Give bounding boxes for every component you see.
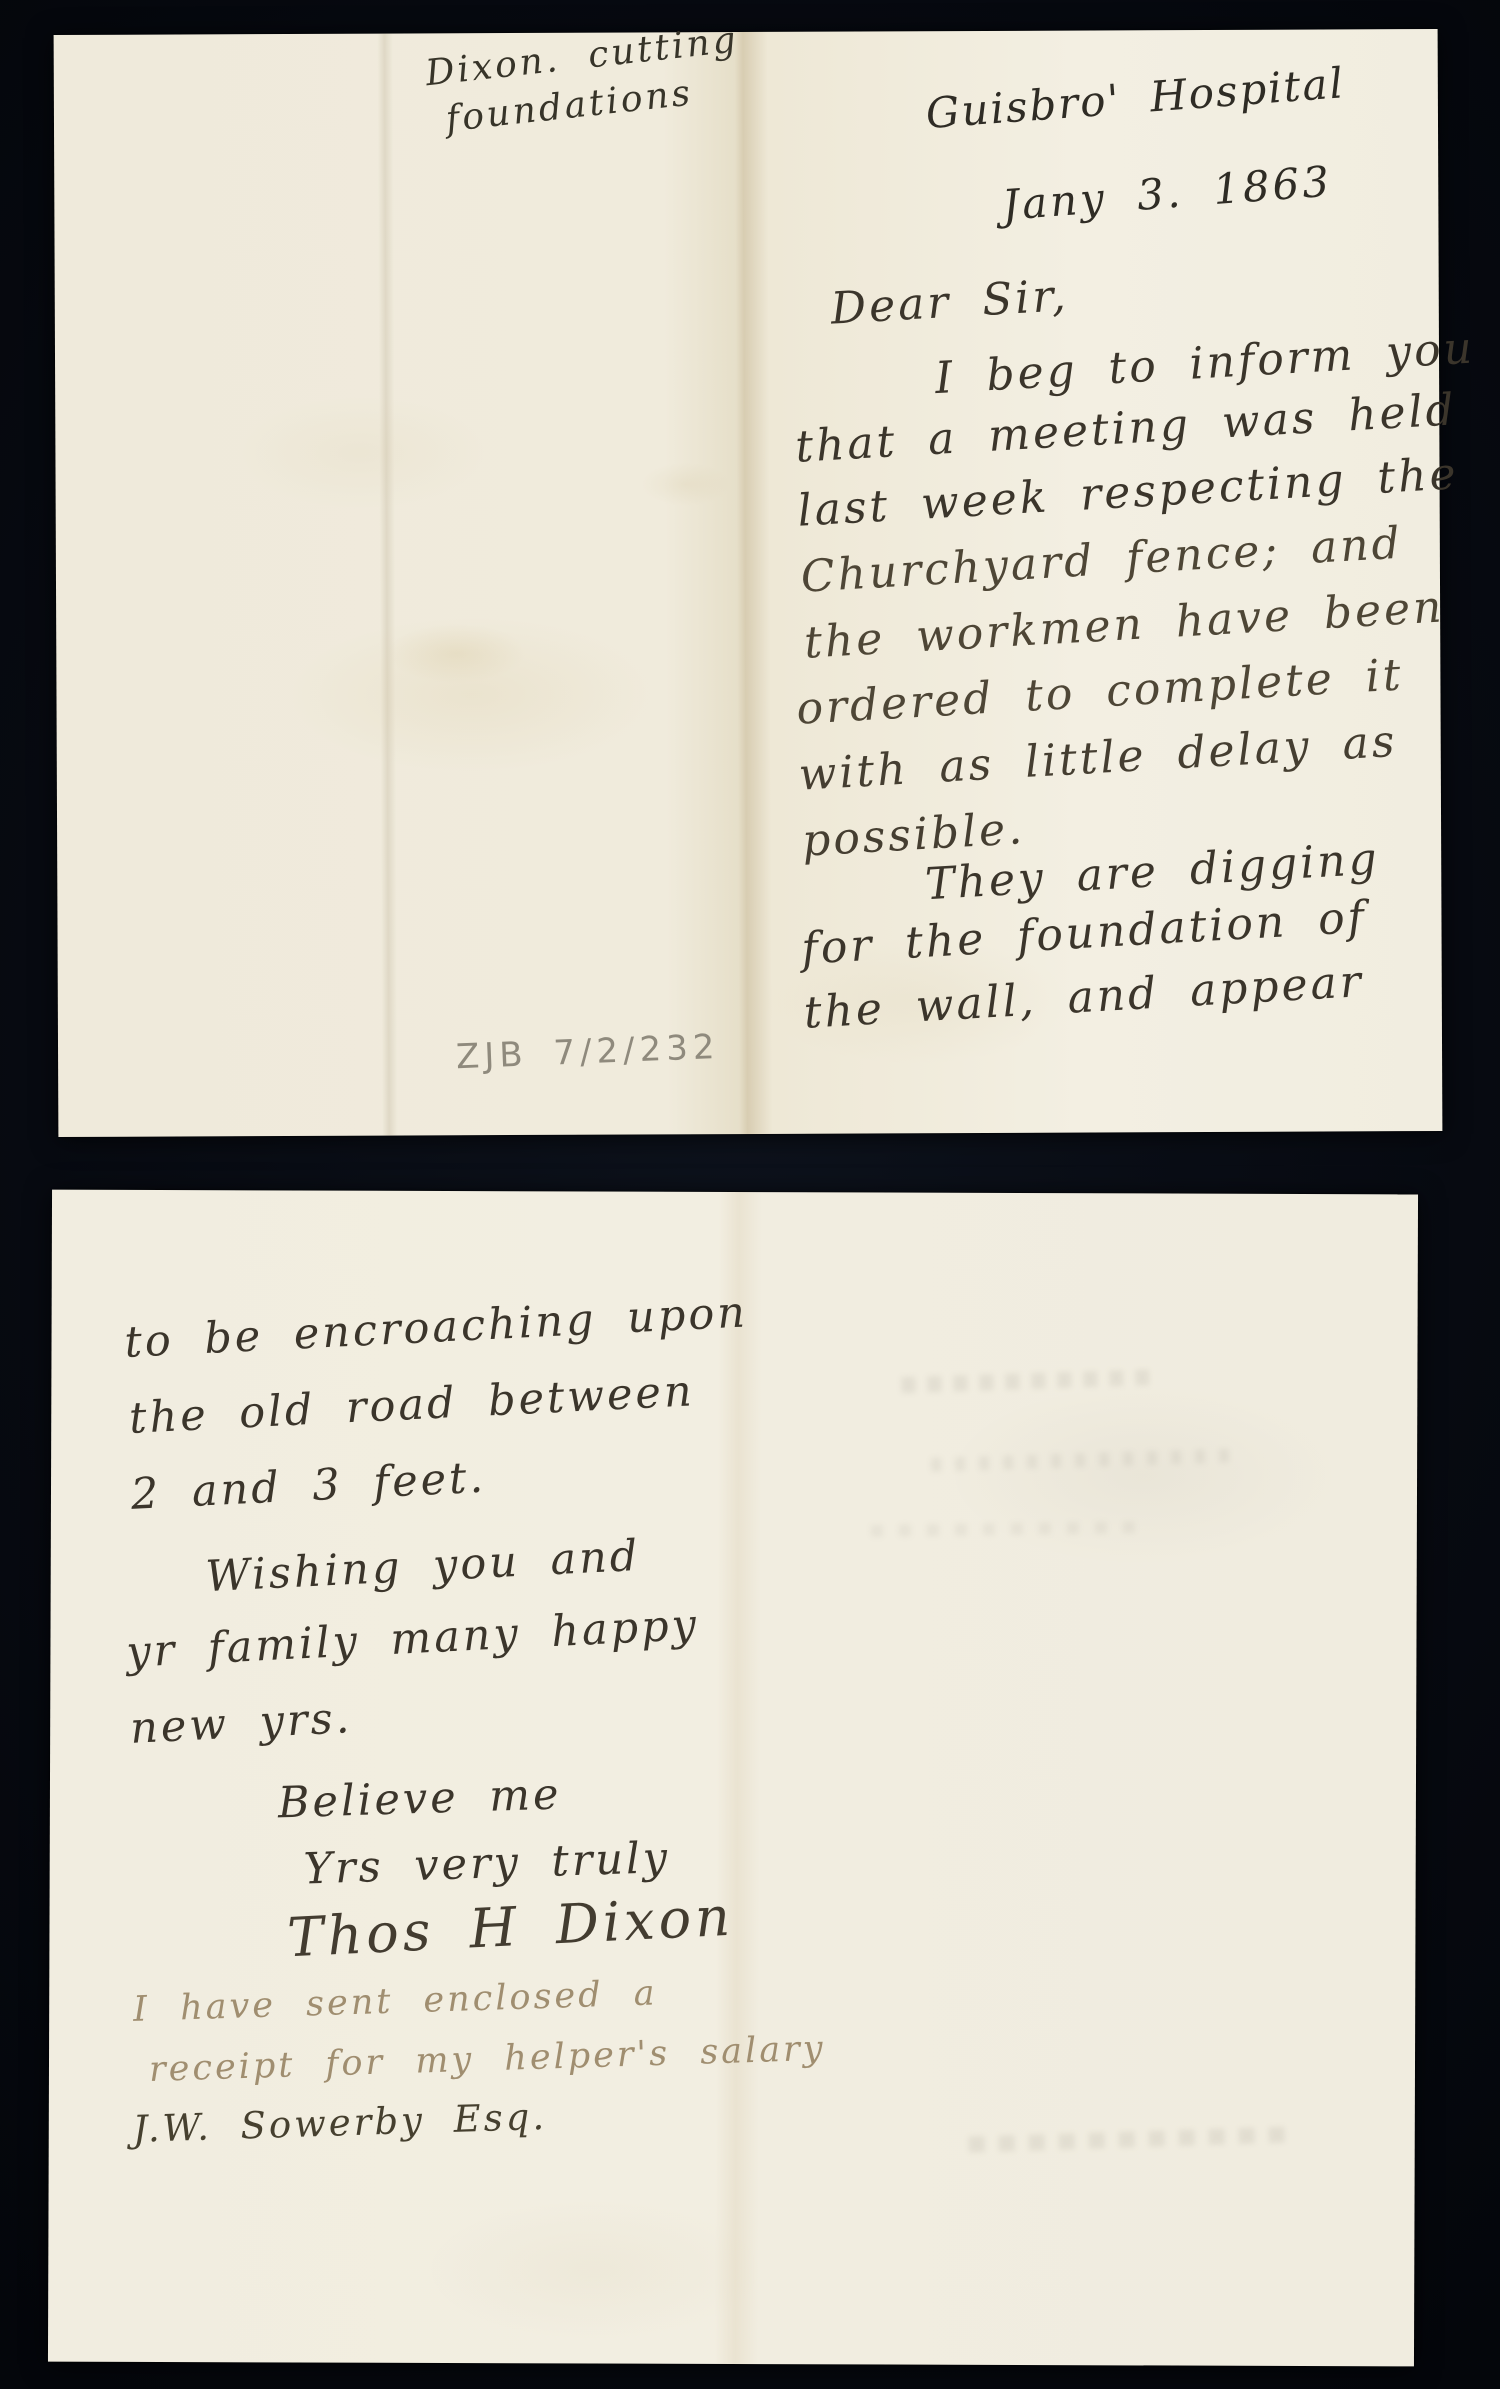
letterhead-place: Guisbro' Hospital — [924, 58, 1346, 138]
closing-line: Believe me — [277, 1770, 562, 1829]
body-line: to be encroaching upon — [123, 1287, 749, 1367]
body-line: the old road between — [128, 1366, 696, 1444]
paper-stain — [386, 623, 526, 684]
ink-showthrough — [871, 1521, 1151, 1537]
addressee-line: J.W. Sowerby Esq. — [132, 2095, 548, 2151]
body-line: Wishing you and — [204, 1531, 641, 1602]
postscript-line: I have sent enclosed a — [133, 1973, 659, 2029]
archive-reference: ZJB 7/2/232 — [455, 1027, 720, 1077]
archivist-annotation-line: Dixon. cutting — [424, 19, 741, 94]
body-line: new yrs. — [129, 1693, 353, 1754]
scan-background: Dixon. cutting foundations Guisbro' Hosp… — [0, 0, 1500, 2389]
closing-line: Yrs very truly — [303, 1833, 671, 1894]
body-line: yr family many happy — [125, 1600, 700, 1678]
ink-showthrough — [931, 1449, 1231, 1472]
letter-page-2: to be encroaching upon the old road betw… — [48, 1190, 1418, 2367]
salutation: Dear Sir, — [829, 270, 1069, 334]
ink-showthrough — [901, 1369, 1161, 1393]
body-line: 2 and 3 feet. — [130, 1453, 487, 1520]
letterhead-date: Jany 3. 1863 — [1001, 156, 1334, 229]
ink-showthrough — [969, 2126, 1299, 2152]
letter-page-1: Dixon. cutting foundations Guisbro' Hosp… — [54, 29, 1443, 1137]
paper-stain — [640, 462, 730, 506]
postscript-line: receipt for my helper's salary — [148, 2029, 826, 2090]
signature: Thos H Dixon — [286, 1885, 735, 1970]
